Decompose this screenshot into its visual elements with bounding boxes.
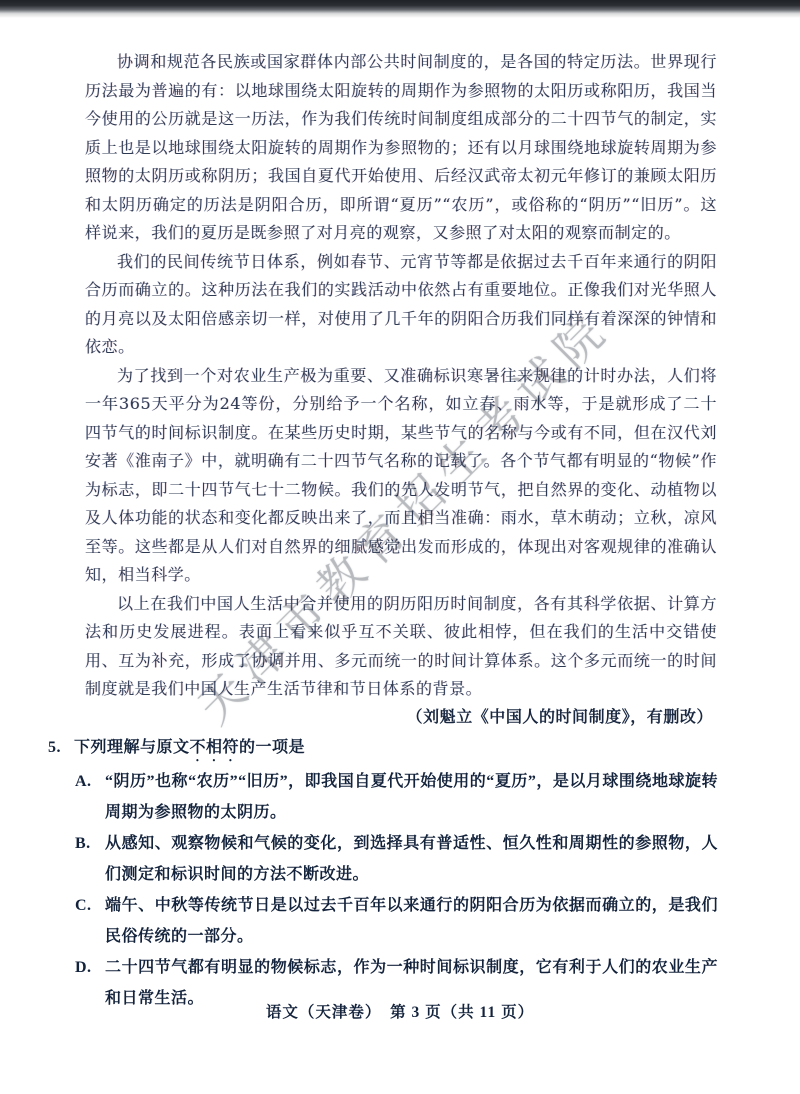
option-a-label: A. <box>75 766 105 797</box>
stem-emphasized-text: 不相符 <box>190 739 240 756</box>
option-c-label: C. <box>75 890 105 921</box>
question-number: 5. <box>48 732 74 763</box>
reading-passage: 协调和规范各民族或国家群体内部公共时间制度的，是各国的特定历法。世界现行历法最为… <box>85 48 717 732</box>
option-b: B. 从感知、观察物候和气候的变化，到选择具有普适性、恒久性和周期性的参照物，人… <box>48 828 718 890</box>
passage-paragraph-1: 协调和规范各民族或国家群体内部公共时间制度的，是各国的特定历法。世界现行历法最为… <box>85 48 717 248</box>
passage-attribution: （刘魁立《中国人的时间制度》，有删改） <box>85 704 717 733</box>
exam-page: 天津市教育招生考试院 协调和规范各民族或国家群体内部公共时间制度的，是各国的特定… <box>0 0 800 1094</box>
option-c: C. 端午、中秋等传统节日是以过去千百年以来通行的阴阳合历为依据而确立的，是我们… <box>48 890 718 952</box>
option-b-text: 从感知、观察物候和气候的变化，到选择具有普适性、恒久性和周期性的参照物，人们测定… <box>105 828 718 890</box>
page-footer: 语文（天津卷） 第 3 页（共 11 页） <box>0 1000 800 1022</box>
question-5: 5.下列理解与原文不相符的一项是 A. “阴历”也称“农历”“旧历”，即我国自夏… <box>48 732 718 1014</box>
option-b-label: B. <box>75 828 105 859</box>
passage-paragraph-3: 为了找到一个对农业生产极为重要、又准确标识寒暑往来规律的计时办法，人们将一年36… <box>85 362 717 590</box>
option-c-text: 端午、中秋等传统节日是以过去千百年以来通行的阴阳合历为依据而确立的，是我们民俗传… <box>105 890 718 952</box>
question-stem: 5.下列理解与原文不相符的一项是 <box>48 732 718 765</box>
stem-text-suffix: 的一项是 <box>239 739 305 756</box>
option-a-text: “阴历”也称“农历”“旧历”，即我国自夏代开始使用的“夏历”，是以月球围绕地球旋… <box>105 766 718 828</box>
option-d-label: D. <box>75 952 105 983</box>
passage-paragraph-4: 以上在我们中国人生活中合并使用的阴历阳历时间制度，各有其科学依据、计算方法和历史… <box>85 590 717 704</box>
option-a: A. “阴历”也称“农历”“旧历”，即我国自夏代开始使用的“夏历”，是以月球围绕… <box>48 766 718 828</box>
stem-text-prefix: 下列理解与原文 <box>74 739 190 756</box>
scan-top-edge <box>0 0 800 18</box>
passage-paragraph-2: 我们的民间传统节日体系，例如春节、元宵节等都是依据过去千百年来通行的阴阳合历而确… <box>85 248 717 362</box>
